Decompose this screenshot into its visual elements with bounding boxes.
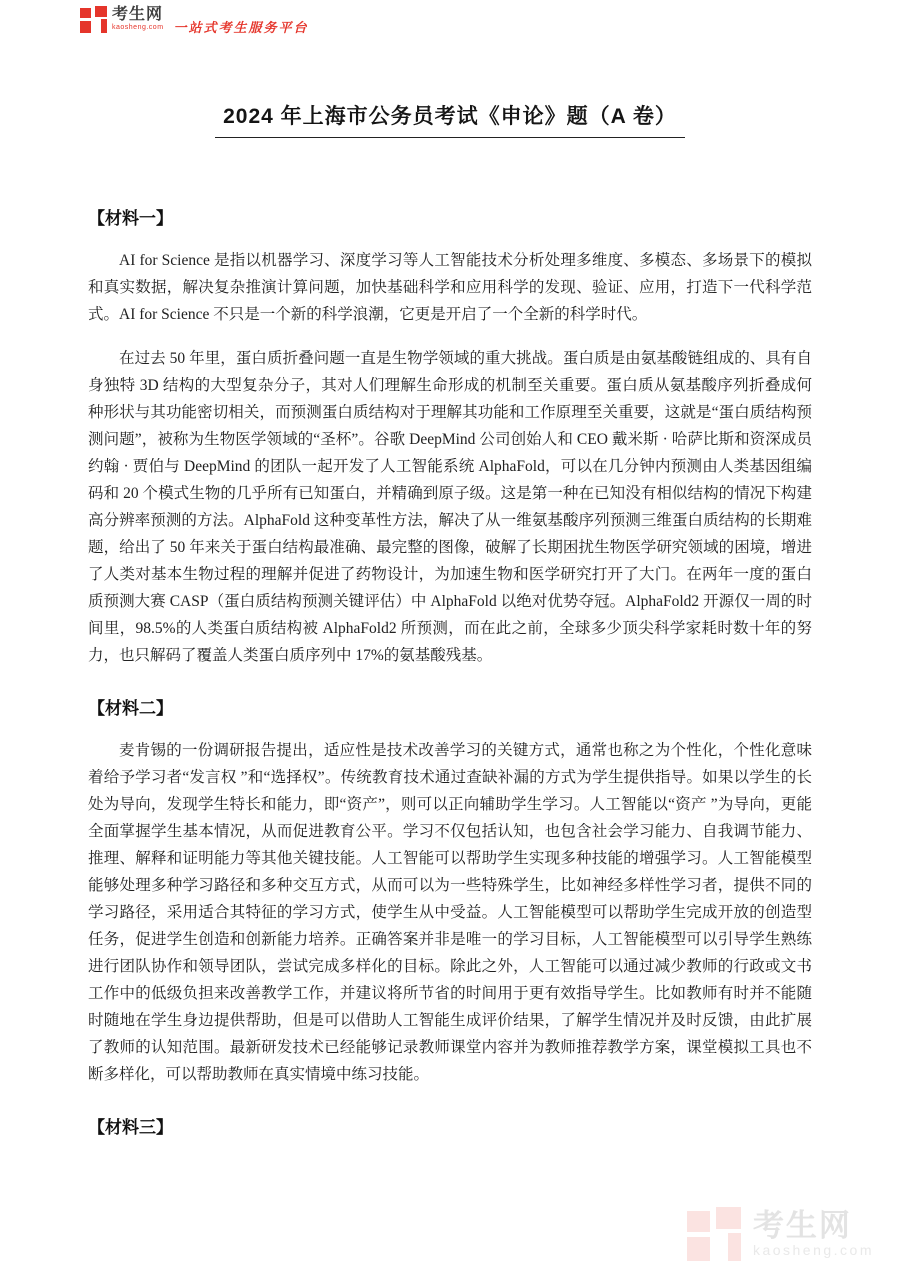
page-title-text: 2024 年上海市公务员考试《申论》题（A 卷）	[215, 100, 685, 138]
document-content: 2024 年上海市公务员考试《申论》题（A 卷） 【材料一】 AI for Sc…	[0, 94, 900, 1139]
site-logo: 考生网 kaosheng.com 一站式考生服务平台	[80, 6, 309, 36]
material-2-paragraph-1: 麦肯锡的一份调研报告提出，适应性是技术改善学习的关键方式，通常也称之为个性化，个…	[88, 737, 812, 1088]
brand-tagline: 一站式考生服务平台	[174, 17, 309, 36]
brand-name: 考生网	[112, 6, 164, 23]
page-title: 2024 年上海市公务员考试《申论》题（A 卷）	[88, 94, 812, 138]
kaosheng-watermark-logo-icon	[687, 1207, 741, 1261]
section-heading-material-3: 【材料三】	[88, 1117, 812, 1139]
section-heading-material-1: 【材料一】	[88, 208, 812, 230]
watermark-brand: 考生网	[753, 1210, 874, 1242]
watermark-text: 考生网 kaosheng.com	[753, 1210, 874, 1258]
brand-domain: kaosheng.com	[112, 23, 164, 32]
document-page: 考生网 kaosheng.com 一站式考生服务平台 2024 年上海市公务员考…	[0, 0, 900, 1273]
material-1-paragraph-2: 在过去 50 年里，蛋白质折叠问题一直是生物学领域的重大挑战。蛋白质是由氨基酸链…	[88, 345, 812, 669]
logo-text: 考生网 kaosheng.com	[112, 6, 164, 32]
kaosheng-logo-icon	[80, 6, 107, 33]
kaosheng-watermark: 考生网 kaosheng.com	[687, 1207, 874, 1261]
section-heading-material-2: 【材料二】	[88, 698, 812, 720]
material-1-paragraph-1: AI for Science 是指以机器学习、深度学习等人工智能技术分析处理多维…	[88, 247, 812, 328]
watermark-domain: kaosheng.com	[753, 1242, 874, 1258]
